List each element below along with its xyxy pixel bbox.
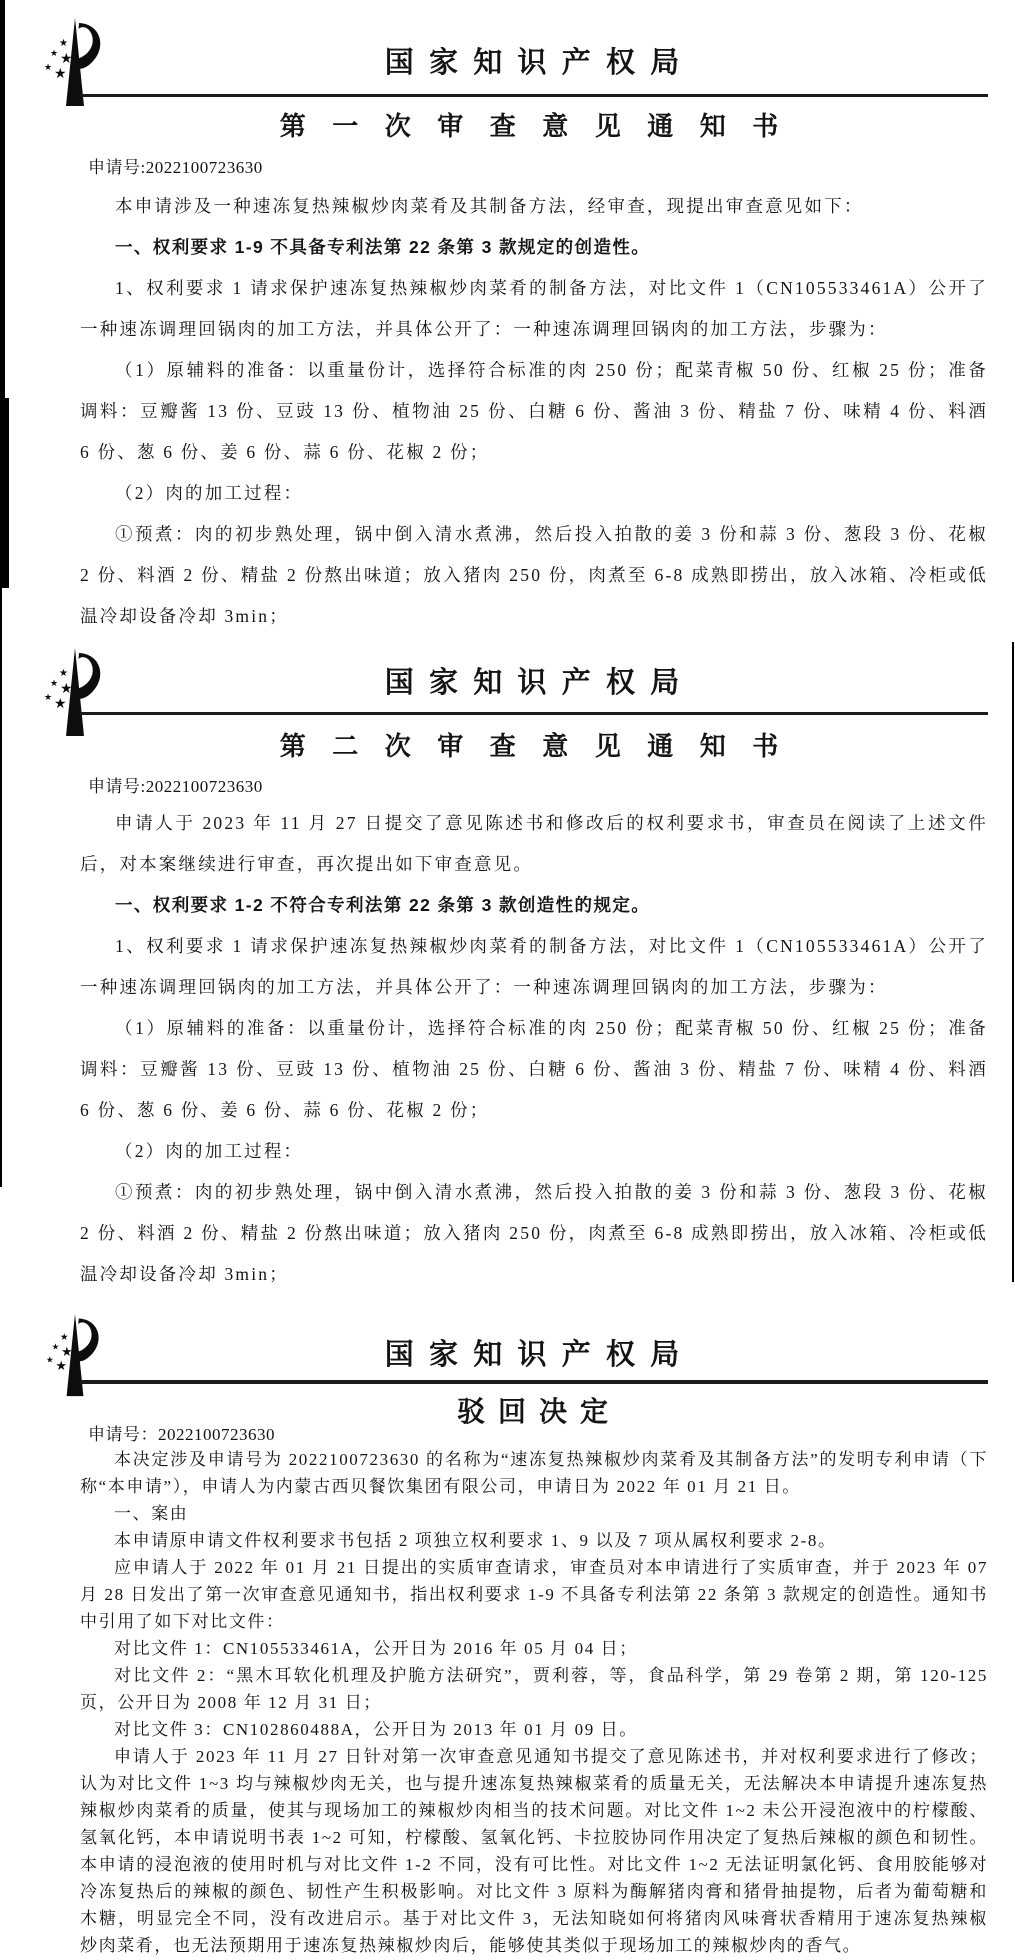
paragraph: （1）原辅料的准备：以重量份计，选择符合标准的肉 250 份；配菜青椒 50 份… — [80, 350, 988, 473]
agency-title: 国 家 知 识 产 权 局 — [80, 660, 988, 701]
document-title: 第 二 次 审 查 意 见 通 知 书 — [80, 726, 988, 763]
header-divider — [80, 94, 988, 97]
svg-text:★: ★ — [52, 1342, 60, 1351]
svg-text:★: ★ — [44, 692, 52, 702]
svg-text:★: ★ — [59, 668, 68, 679]
paragraph: ①预煮：肉的初步熟处理，锅中倒入清水煮沸，然后投入拍散的姜 3 份和蒜 3 份、… — [80, 514, 988, 637]
header-divider — [80, 712, 988, 715]
paragraph: 申请人于 2023 年 11 月 27 日提交了意见陈述书和修改后的权利要求书，… — [80, 803, 988, 885]
svg-text:★: ★ — [60, 1333, 68, 1343]
application-number: 申请号:2022100723630 — [88, 772, 263, 797]
header-divider — [80, 1380, 988, 1384]
paragraph: ①预煮：肉的初步熟处理，锅中倒入清水煮沸，然后投入拍散的姜 3 份和蒜 3 份、… — [80, 1172, 988, 1295]
document-body: 本申请涉及一种速冻复热辣椒炒肉菜肴及其制备方法，经审查，现提出审查意见如下：一、… — [80, 186, 988, 637]
agency-title: 国 家 知 识 产 权 局 — [80, 40, 988, 81]
paragraph: 一、权利要求 1-2 不符合专利法第 22 条第 3 款创造性的规定。 — [80, 885, 988, 926]
svg-text:★: ★ — [59, 38, 68, 49]
paragraph: 本决定涉及申请号为 2022100723630 的名称为“速冻复热辣椒炒肉菜肴及… — [80, 1446, 988, 1500]
paragraph: 本申请涉及一种速冻复热辣椒炒肉菜肴及其制备方法，经审查，现提出审查意见如下： — [80, 186, 988, 227]
svg-text:★: ★ — [60, 682, 73, 697]
rejection-decision-section: ★ ★ ★ ★ ★ 国 家 知 识 产 权 局 驳 回 决 定 申请号：2022… — [0, 1302, 1015, 1960]
svg-text:★: ★ — [55, 1358, 67, 1373]
document-body: 本决定涉及申请号为 2022100723630 的名称为“速冻复热辣椒炒肉菜肴及… — [80, 1446, 988, 1959]
paragraph: （2）肉的加工过程： — [80, 473, 988, 514]
paragraph: （2）肉的加工过程： — [80, 1131, 988, 1172]
paragraph: 申请人于 2023 年 11 月 27 日针对第一次审查意见通知书提交了意见陈述… — [80, 1743, 988, 1959]
svg-text:★: ★ — [54, 67, 67, 82]
svg-text:★: ★ — [54, 697, 67, 712]
paragraph: 本申请原申请文件权利要求书包括 2 项独立权利要求 1、9 以及 7 项从属权利… — [80, 1527, 988, 1554]
paragraph: 应申请人于 2022 年 01 月 21 日提出的实质审查请求，审查员对本申请进… — [80, 1554, 988, 1635]
document-title: 第 一 次 审 查 意 见 通 知 书 — [80, 106, 988, 143]
paragraph: 对比文件 2：“黑木耳软化机理及护脆方法研究”，贾利蓉，等，食品科学，第 29 … — [80, 1662, 988, 1716]
office-action-section: ★ ★ ★ ★ ★ 国 家 知 识 产 权 局 第 一 次 审 查 意 见 通 … — [0, 0, 1015, 632]
paragraph: 一、权利要求 1-9 不具备专利法第 22 条第 3 款规定的创造性。 — [80, 227, 988, 268]
paragraph: 对比文件 1：CN105533461A，公开日为 2016 年 05 月 04 … — [80, 1635, 988, 1662]
paragraph: 对比文件 3：CN102860488A，公开日为 2013 年 01 月 09 … — [80, 1716, 988, 1743]
office-action-section: ★ ★ ★ ★ ★ 国 家 知 识 产 权 局 第 二 次 审 查 意 见 通 … — [0, 632, 1015, 1302]
application-number: 申请号:2022100723630 — [88, 153, 263, 178]
svg-text:★: ★ — [50, 48, 58, 58]
svg-text:★: ★ — [44, 62, 52, 72]
paragraph: 1、权利要求 1 请求保护速冻复热辣椒炒肉菜肴的制备方法，对比文件 1（CN10… — [80, 926, 988, 1008]
svg-text:★: ★ — [60, 52, 73, 67]
svg-text:★: ★ — [50, 678, 58, 688]
paragraph: 一、案由 — [80, 1500, 988, 1527]
application-number: 申请号：2022100723630 — [88, 1420, 275, 1445]
paragraph: （1）原辅料的准备：以重量份计，选择符合标准的肉 250 份；配菜青椒 50 份… — [80, 1008, 988, 1131]
document-body: 申请人于 2023 年 11 月 27 日提交了意见陈述书和修改后的权利要求书，… — [80, 803, 988, 1295]
paragraph: 1、权利要求 1 请求保护速冻复热辣椒炒肉菜肴的制备方法，对比文件 1（CN10… — [80, 268, 988, 350]
agency-title: 国 家 知 识 产 权 局 — [80, 1332, 988, 1373]
svg-text:★: ★ — [61, 1344, 73, 1359]
svg-text:★: ★ — [46, 1355, 54, 1364]
scanned-document-page: ★ ★ ★ ★ ★ 国 家 知 识 产 权 局 第 一 次 审 查 意 见 通 … — [0, 0, 1015, 1960]
